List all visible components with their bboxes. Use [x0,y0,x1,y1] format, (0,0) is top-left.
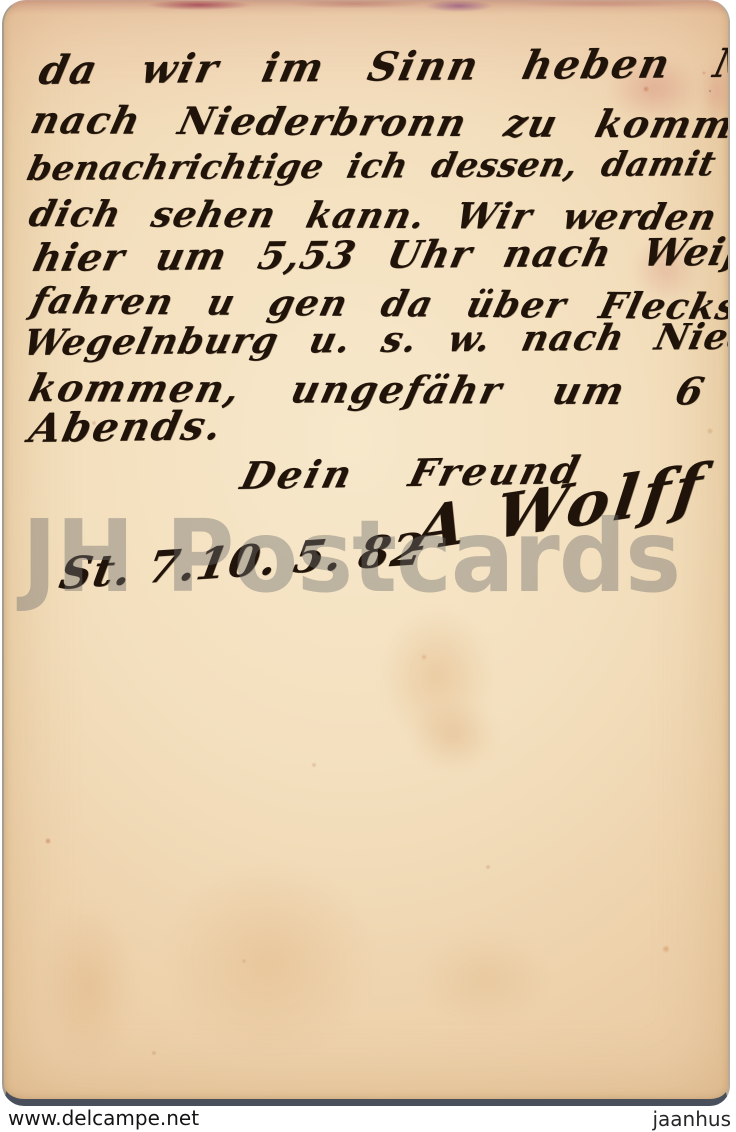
watermark-delcampe: www.delcampe.net [8,1106,199,1130]
handwriting-line-5: hier um 5,53 Uhr nach Weißenburg [29,227,730,280]
watermark-jh-postcards: JH Postcards [22,498,680,615]
handwriting-line-7: Wegelnburg u. s. w. nach Nied.. [19,315,730,364]
handwriting-line-2: nach Niederbronn zu kommen, so [27,97,730,148]
handwriting-line-1: da wir im Sinn heben Morgen [35,38,730,94]
watermark-jaanhus: jaanhus [652,1107,731,1131]
handwriting-line-3: benachrichtige ich dessen, damit ich [24,144,730,189]
handwriting-line-9: Abends. [25,402,228,452]
